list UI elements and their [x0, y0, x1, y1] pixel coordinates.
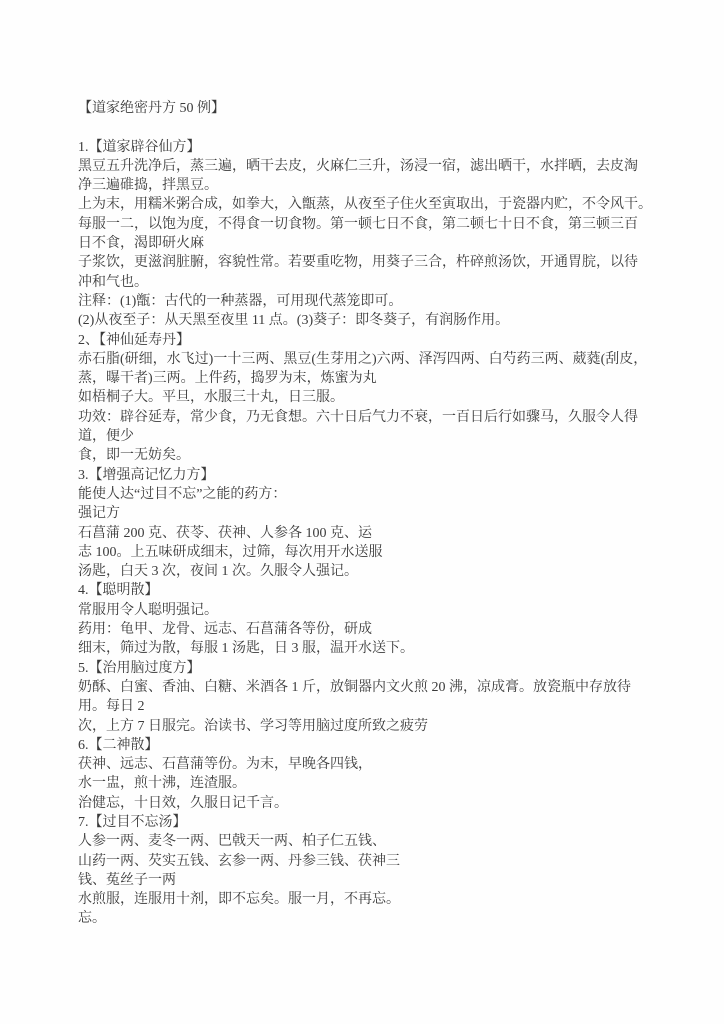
text-line: 强记方	[78, 504, 644, 523]
recipe-section-7: 7.【过目不忘汤】人参一两、麦冬一两、巴戟天一两、柏子仁五钱、山药一两、芡实五钱…	[78, 813, 644, 929]
text-line: 钱、菟丝子一两	[78, 871, 644, 890]
section-heading: 2、【神仙延寿丹】	[78, 331, 644, 350]
text-line: 上为末，用糯米粥合成，如拳大，入甑蒸，从夜至子住火至寅取出，于瓷器内贮，不令风干…	[78, 195, 644, 214]
document-page: 【道家绝密丹方 50 例】 1.【道家辟谷仙方】黑豆五升洗净后，蒸三遍，晒干去皮…	[0, 0, 724, 1024]
text-line: 赤石脂(研细，水飞过)一十三两、黑豆(生芽用之)六两、泽泻四两、白芍药三两、葳蕤…	[78, 350, 644, 369]
text-line: 道，便少	[78, 427, 644, 446]
recipe-section-2: 2、【神仙延寿丹】赤石脂(研细，水飞过)一十三两、黑豆(生芽用之)六两、泽泻四两…	[78, 331, 644, 466]
text-line: 能使人达“过目不忘”之能的药方：	[78, 485, 644, 504]
section-heading: 6.【二神散】	[78, 736, 644, 755]
text-line: 冲和气也。	[78, 273, 644, 292]
section-heading: 4.【聪明散】	[78, 581, 644, 600]
text-line: 药用：龟甲、龙骨、远志、石菖蒲各等份，研成	[78, 620, 644, 639]
text-line: 忘。	[78, 909, 644, 928]
section-heading: 3.【增强高记忆力方】	[78, 466, 644, 485]
text-line: 茯神、远志、石菖蒲等份。为末，早晚各四钱，	[78, 755, 644, 774]
text-line: 日不食，渴即研火麻	[78, 234, 644, 253]
text-line: 常服用令人聪明强记。	[78, 601, 644, 620]
text-line: 净三遍碓捣，拌黑豆。	[78, 176, 644, 195]
text-line: 如梧桐子大。平旦，水服三十丸，日三服。	[78, 388, 644, 407]
text-line: 石菖蒲 200 克、茯苓、茯神、人参各 100 克、运	[78, 524, 644, 543]
text-line: 子浆饮，更滋润脏腑，容貌性常。若要重吃物，用葵子三合，杵碎煎汤饮，开通胃脘，以待	[78, 253, 644, 272]
text-line: 奶酥、白蜜、香油、白糖、米酒各 1 斤，放铜器内文火煎 20 沸，凉成膏。放瓷瓶…	[78, 678, 644, 697]
recipe-section-1: 1.【道家辟谷仙方】黑豆五升洗净后，蒸三遍，晒干去皮，火麻仁三升，汤浸一宿，滤出…	[78, 138, 644, 331]
recipe-section-4: 4.【聪明散】常服用令人聪明强记。药用：龟甲、龙骨、远志、石菖蒲各等份，研成细末…	[78, 581, 644, 658]
text-line: 功效：辟谷延寿，常少食，乃无食想。六十日后气力不衰，一百日后行如骤马，久服令人得	[78, 408, 644, 427]
text-line: (2)从夜至子：从天黑至夜里 11 点。(3)葵子：即冬葵子，有润肠作用。	[78, 311, 644, 330]
text-line: 治健忘，十日效，久服日记千言。	[78, 794, 644, 813]
recipe-section-6: 6.【二神散】茯神、远志、石菖蒲等份。为末，早晚各四钱，水一盅，煎十沸，连渣服。…	[78, 736, 644, 813]
document-title: 【道家绝密丹方 50 例】	[78, 99, 644, 118]
text-line: 细末，筛过为散，每服 1 汤匙，日 3 服，温开水送下。	[78, 639, 644, 658]
text-line: 志 100。上五味研成细末，过筛，每次用开水送服	[78, 543, 644, 562]
document-body: 1.【道家辟谷仙方】黑豆五升洗净后，蒸三遍，晒干去皮，火麻仁三升，汤浸一宿，滤出…	[78, 138, 644, 929]
section-heading: 1.【道家辟谷仙方】	[78, 138, 644, 157]
text-line: 每服一二，以饱为度，不得食一切食物。第一顿七日不食，第二顿七十日不食，第三顿三百	[78, 215, 644, 234]
text-line: 用。每日 2	[78, 697, 644, 716]
text-line: 水一盅，煎十沸，连渣服。	[78, 774, 644, 793]
text-line: 水煎服，连服用十剂，即不忘矣。服一月，不再忘。	[78, 890, 644, 909]
recipe-section-5: 5.【治用脑过度方】奶酥、白蜜、香油、白糖、米酒各 1 斤，放铜器内文火煎 20…	[78, 659, 644, 736]
text-line: 食，即一无妨矣。	[78, 446, 644, 465]
section-heading: 5.【治用脑过度方】	[78, 659, 644, 678]
text-line: 蒸，曝干者)三两。上件药，捣罗为末，炼蜜为丸	[78, 369, 644, 388]
text-line: 注释：(1)甑：古代的一种蒸器，可用现代蒸笼即可。	[78, 292, 644, 311]
text-line: 黑豆五升洗净后，蒸三遍，晒干去皮，火麻仁三升，汤浸一宿，滤出晒干，水拌晒，去皮淘	[78, 157, 644, 176]
section-heading: 7.【过目不忘汤】	[78, 813, 644, 832]
recipe-section-3: 3.【增强高记忆力方】能使人达“过目不忘”之能的药方：强记方石菖蒲 200 克、…	[78, 466, 644, 582]
text-line: 次，上方 7 日服完。治读书、学习等用脑过度所致之疲劳	[78, 717, 644, 736]
text-line: 汤匙，白天 3 次，夜间 1 次。久服令人强记。	[78, 562, 644, 581]
text-line: 山药一两、芡实五钱、玄参一两、丹参三钱、茯神三	[78, 852, 644, 871]
text-line: 人参一两、麦冬一两、巴戟天一两、柏子仁五钱、	[78, 832, 644, 851]
